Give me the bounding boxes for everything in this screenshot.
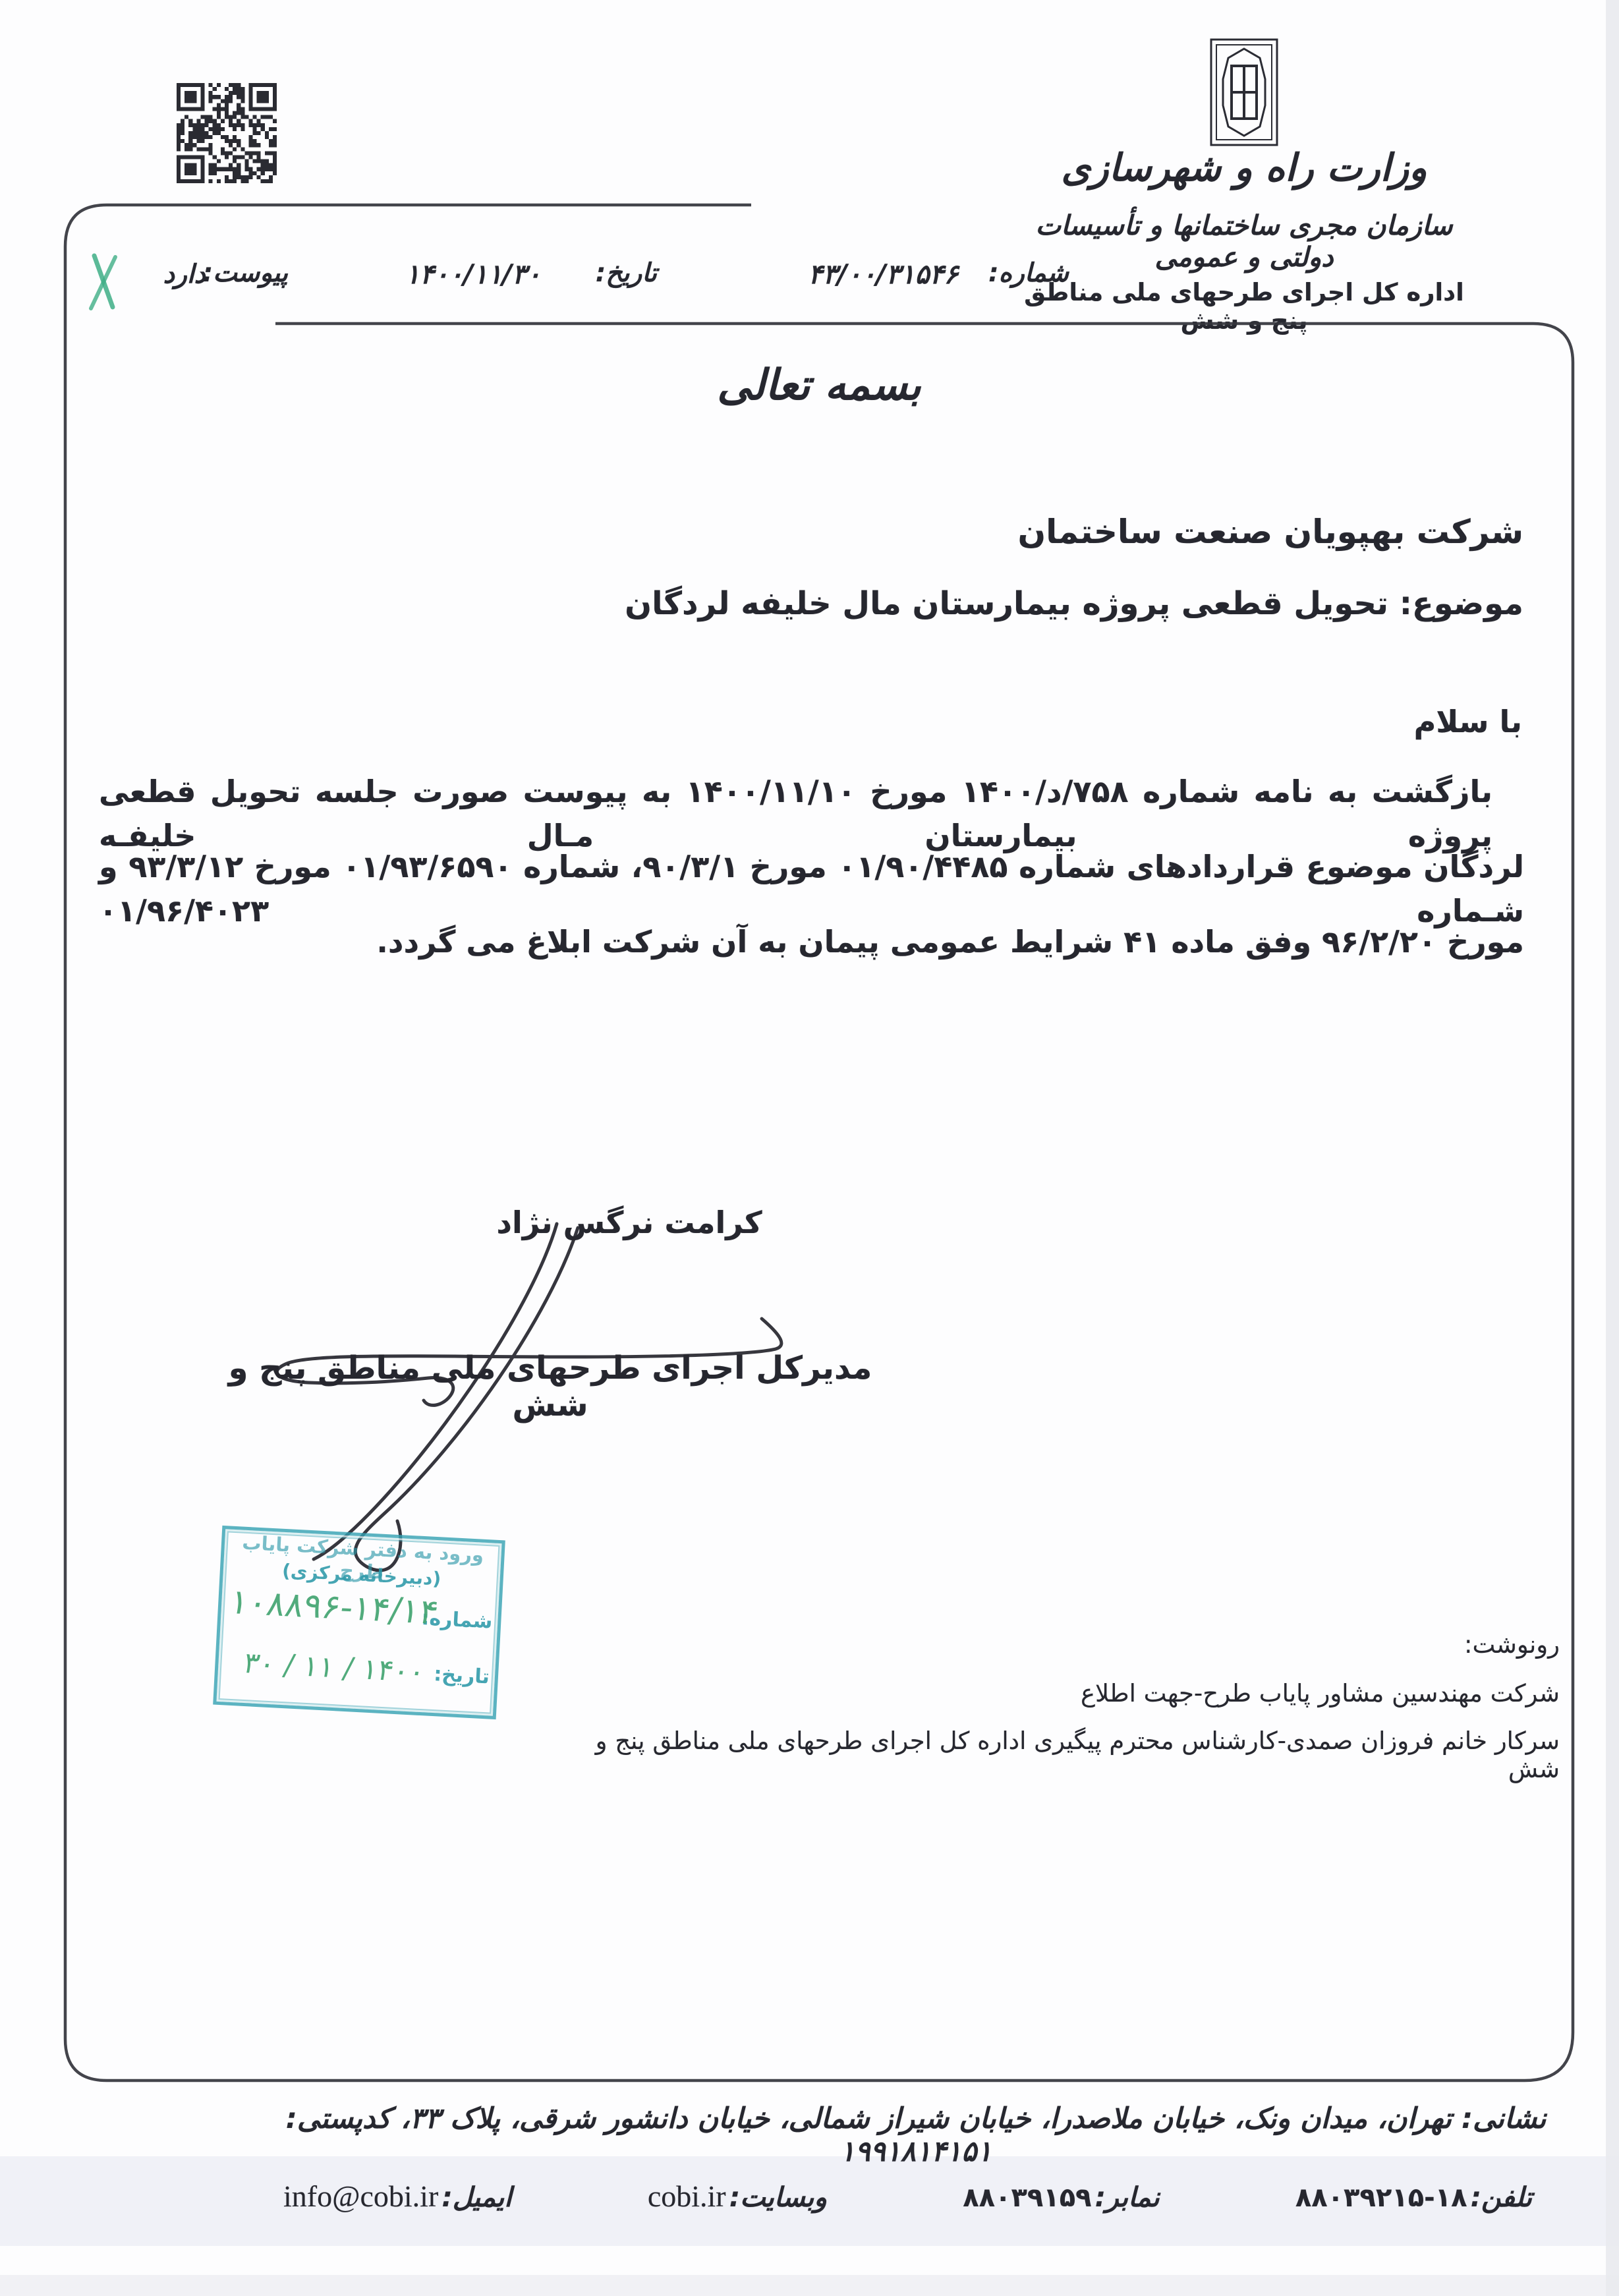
attachment-value: دارد — [140, 260, 206, 289]
signer-title: مدیرکل اجرای طرحهای ملی مناطق پنج و شش — [221, 1350, 880, 1423]
recipient: شرکت بهپویان صنعت ساختمان — [733, 513, 1523, 551]
fax-label: نمابر: — [1095, 2181, 1160, 2213]
besmellah: بسمه تعالی — [638, 361, 1000, 410]
email-label: ایمیل: — [441, 2181, 511, 2213]
web-label: وبسایت: — [729, 2181, 827, 2213]
secretariat-stamp: ورود به دفتر شرکت پایاب طرح (دبیرخانه مر… — [213, 1526, 505, 1719]
footer-address: نشانی: تهران، میدان ونک، خیابان ملاصدرا،… — [277, 2102, 1555, 2168]
department-name: اداره کل اجرای طرحهای ملی مناطق پنج و شش — [1020, 278, 1468, 335]
phone-label: تلفن: — [1471, 2181, 1532, 2213]
organization-name: سازمان مجری ساختمانها و تأسیسات دولتی و … — [1020, 210, 1468, 273]
ministry-name: وزارت راه و شهرسازی — [1046, 146, 1442, 190]
attachment-check-icon — [83, 252, 124, 312]
letter-frame — [0, 0, 1619, 2296]
ministry-emblem — [1210, 38, 1278, 146]
salutation: با سلام — [1259, 704, 1522, 739]
letter-date-label: تاریخ: — [594, 258, 657, 288]
copy-item: شرکت مهندسین مشاور پایاب طرح-جهت اطلاع — [571, 1679, 1560, 1708]
body-line-3: مورخ ۹۶/۲/۲۰ وفق ماده ۴۱ شرایط عمومی پیم… — [99, 920, 1524, 964]
footer-email: ایمیل: info@cobi.ir — [283, 2179, 512, 2214]
attachment-label: پیوست: — [212, 258, 288, 288]
letter-page: وزارت راه و شهرسازی سازمان مجری ساختمانه… — [0, 0, 1619, 2296]
fax-value: ۸۸۰۳۹۱۵۹ — [963, 2183, 1091, 2213]
letter-number-value: ۴۳/۰۰/۳۱۵۴۶ — [776, 258, 990, 290]
footer-web: وبسایت: cobi.ir — [648, 2179, 827, 2214]
letter-number-label: شماره: — [996, 258, 1069, 288]
signature-scribble — [0, 0, 1619, 2296]
stamp-number-value: ۱۰۸۸۹۶-۱۴/۱۴ — [222, 1582, 447, 1633]
footer-phone: تلفن: ۱۸-۸۸۰۳۹۲۱۵ — [1295, 2181, 1532, 2213]
signer-name: کرامت نرگس نژاد — [432, 1205, 827, 1240]
footer-fax: نمابر: ۸۸۰۳۹۱۵۹ — [963, 2181, 1159, 2213]
email-value: info@cobi.ir — [283, 2179, 438, 2213]
phone-value: ۱۸-۸۸۰۳۹۲۱۵ — [1295, 2183, 1467, 2213]
copies-label: رونوشت: — [1362, 1630, 1560, 1659]
qr-code — [177, 83, 277, 183]
letter-date-value: ۱۴۰۰/۱۱/۳۰ — [364, 258, 582, 290]
scan-band-bottom-edge — [0, 2275, 1619, 2296]
copy-item: سرکار خانم فروزان صمدی-کارشناس محترم پیگ… — [571, 1727, 1560, 1783]
stamp-date-value: ۱۴۰۰ / ۱۱ / ۳۰ — [206, 1644, 463, 1690]
web-value: cobi.ir — [648, 2179, 726, 2213]
subject: موضوع: تحویل قطعی پروژه بیمارستان مال خل… — [601, 585, 1523, 622]
footer-contacts: تلفن: ۱۸-۸۸۰۳۹۲۱۵ نمابر: ۸۸۰۳۹۱۵۹ وبسایت… — [283, 2179, 1532, 2214]
scan-band-right-edge — [1606, 0, 1619, 2296]
